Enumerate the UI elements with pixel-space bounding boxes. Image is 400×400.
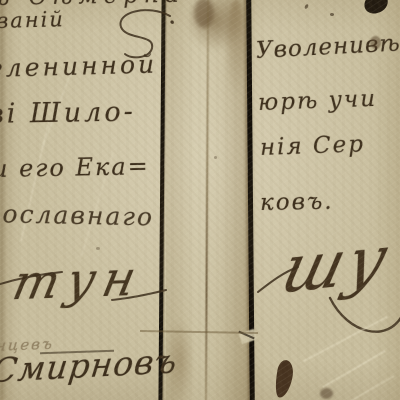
ink-speck [96,247,100,250]
left-page-line-6: вославнаго [0,199,154,232]
left-page-signature-flourish: тун [8,250,149,311]
ink-speck [304,4,309,10]
right-page-signature: шу [274,222,398,309]
ink-blot-bottom-center [273,359,295,399]
manuscript-scan: ъ Сѣмерна ваній еленинной ві Шило- и его… [0,0,400,400]
ink-blot-top-right [362,0,390,16]
ink-speck [214,156,217,159]
ink-speck [171,21,174,24]
left-page-signature: Смирновъ [0,341,180,390]
right-page-line-3: нія Сер [260,131,366,161]
right-page-line-4: ковъ. [260,189,334,216]
right-page-line-2: юрѣ учи [258,86,378,116]
left-page-line-3: еленинной [0,50,157,83]
paper-scratch [322,350,385,388]
ink-smudge-bottom [320,388,333,399]
right-page-edge-stain [228,0,244,95]
left-page-line-2: ваній [0,7,65,33]
ink-speck [330,13,334,16]
paper-scratch [342,375,395,400]
left-page-ruled-border-line [158,0,165,400]
ink-smudge-top-right [370,36,381,49]
left-page-line-4: ві Шило- [0,96,136,130]
left-page-line-5: и его Ека= [0,152,150,183]
